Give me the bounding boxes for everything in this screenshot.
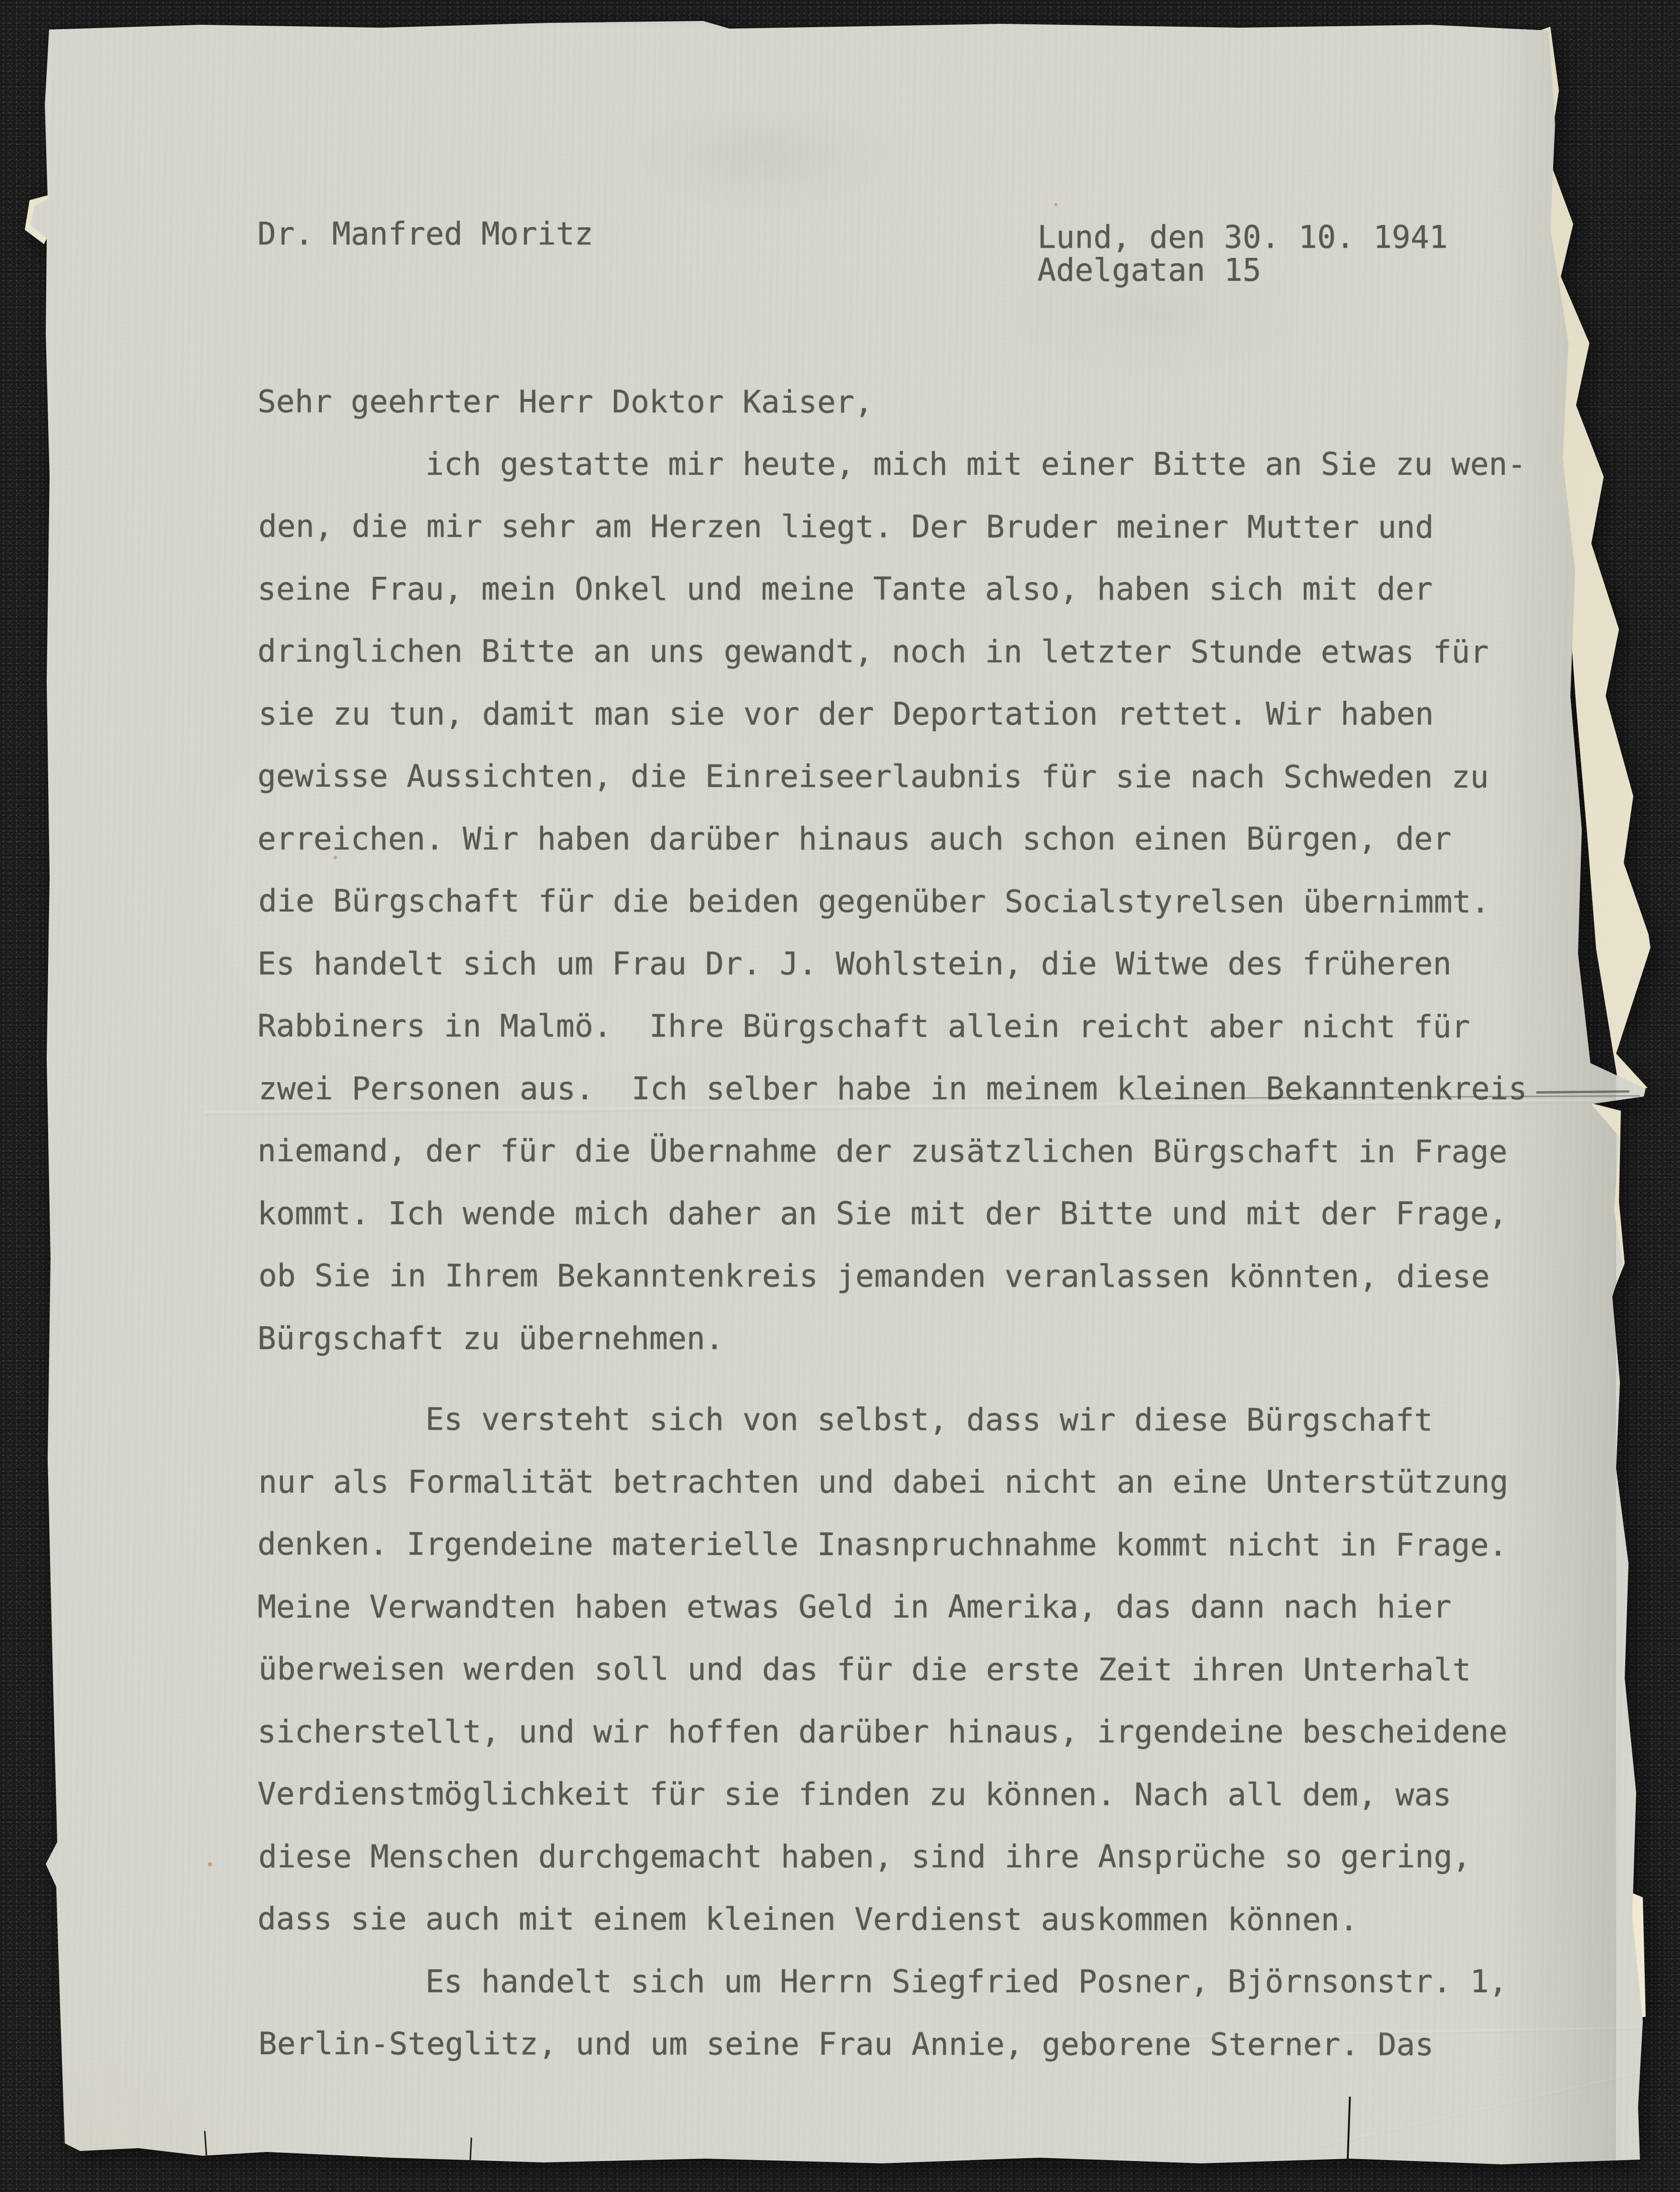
- letter-line: zwei Personen aus. Ich selber habe in me…: [258, 1074, 1527, 1105]
- letter-line: kommt. Ich wende mich daher an Sie mit d…: [257, 1198, 1507, 1229]
- letter-line: den, die mir sehr am Herzen liegt. Der B…: [258, 511, 1434, 543]
- letter-line: Berlin-Steglitz, und um seine Frau Annie…: [258, 2028, 1434, 2060]
- letter-line: Es versteht sich von selbst, dass wir di…: [257, 1404, 1433, 1436]
- rust-speck: [334, 856, 337, 859]
- letter-line: nur als Formalität betrachten und dabei …: [258, 1467, 1508, 1498]
- letter-paper: Dr. Manfred Moritz Lund, den 30. 10. 194…: [0, 0, 1680, 2192]
- letter-line: Es handelt sich um Frau Dr. J. Wohlstein…: [257, 949, 1452, 980]
- letter-line: Meine Verwandten haben etwas Geld in Ame…: [257, 1592, 1452, 1623]
- letter-line: denken. Irgendeine materielle Inasnpruch…: [257, 1529, 1507, 1561]
- letter-line: niemand, der für die Übernahme der zusät…: [257, 1136, 1507, 1168]
- letter-line: Sehr geehrter Herr Doktor Kaiser,: [257, 386, 873, 418]
- rust-speck: [1055, 203, 1057, 206]
- letter-line: Es handelt sich um Herrn Siegfried Posne…: [257, 1967, 1507, 1997]
- archival-mat-background: Dr. Manfred Moritz Lund, den 30. 10. 194…: [0, 0, 1680, 2192]
- letter-line: Bürgschaft zu übernehmen.: [257, 1323, 724, 1354]
- letter-line: ich gestatte mir heute, mich mit einer B…: [257, 449, 1526, 480]
- letter-line: erreichen. Wir haben darüber hinaus auch…: [257, 824, 1452, 855]
- rust-speck: [208, 1862, 212, 1866]
- letter-line: die Bürgschaft für die beiden gegenüber …: [258, 886, 1490, 918]
- letter-line: seine Frau, mein Onkel und meine Tante a…: [257, 574, 1433, 605]
- letter-line: ob Sie in Ihrem Bekanntenkreis jemanden …: [258, 1260, 1490, 1292]
- letter-line: gewisse Aussichten, die Einreiseerlaubni…: [257, 761, 1489, 793]
- letter-line: sie zu tun, damit man sie vor der Deport…: [258, 699, 1434, 730]
- letter-line: Rabbiners in Malmö. Ihre Bürgschaft alle…: [257, 1011, 1470, 1043]
- letter-line: Verdienstmöglichkeit für sie finden zu k…: [257, 1779, 1452, 1811]
- letter-line: diese Menschen durchgemacht haben, sind …: [258, 1842, 1471, 1873]
- letter-line: dringlichen Bitte an uns gewandt, noch i…: [257, 636, 1489, 668]
- letter-line: sicherstellt, und wir hoffen darüber hin…: [257, 1717, 1507, 1748]
- letter-sheet: Dr. Manfred Moritz Lund, den 30. 10. 194…: [0, 0, 1680, 2192]
- letter-line: überweisen werden soll und das für die e…: [258, 1654, 1471, 1686]
- letter-line: dass sie auch mit einem kleinen Verdiens…: [257, 1904, 1358, 1936]
